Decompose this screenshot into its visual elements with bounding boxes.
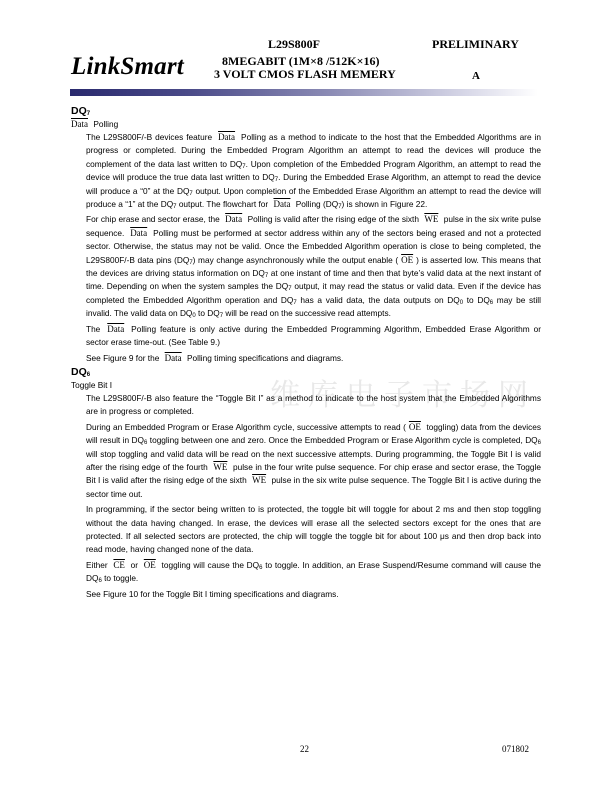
paragraph-dq7-active: The Data Polling feature is only active … bbox=[86, 323, 541, 350]
paragraph-dq6-protected: In programming, if the sector being writ… bbox=[86, 503, 541, 557]
company-logo: LinkSmart bbox=[71, 53, 184, 81]
device-description-line2: 3 VOLT CMOS FLASH MEMERY bbox=[214, 67, 396, 82]
revision-label: A bbox=[472, 70, 480, 82]
part-number: L29S800F bbox=[268, 37, 320, 52]
paragraph-dq6-intro: The L29S800F/-B also feature the “Toggle… bbox=[86, 392, 541, 419]
paragraph-dq6-ce-oe: Either CE or OE toggling will cause the … bbox=[86, 559, 541, 586]
paragraph-dq6-cycle: During an Embedded Program or Erase Algo… bbox=[86, 421, 541, 501]
document-date-code: 071802 bbox=[502, 744, 529, 754]
page-header: LinkSmart L29S800F PRELIMINARY 8MEGABIT … bbox=[0, 0, 612, 100]
section-subtitle-toggle-bit: Toggle Bit I bbox=[71, 379, 541, 392]
section-subtitle-data-polling: Data Polling bbox=[71, 118, 541, 131]
paragraph-dq6-figure-ref: See Figure 10 for the Toggle Bit I timin… bbox=[86, 588, 541, 601]
header-gradient-bar bbox=[70, 89, 538, 96]
paragraph-dq7-erase: For chip erase and sector erase, the Dat… bbox=[86, 213, 541, 320]
paragraph-dq7-figure-ref: See Figure 9 for the Data Polling timing… bbox=[86, 352, 541, 365]
section-heading-dq6: DQ6 bbox=[71, 365, 541, 379]
paragraph-dq7-intro: The L29S800F/-B devices feature Data Pol… bbox=[86, 131, 541, 211]
page-number: 22 bbox=[300, 744, 309, 754]
page-body: DQ7 Data Polling The L29S800F/-B devices… bbox=[71, 104, 541, 601]
section-heading-dq7: DQ7 bbox=[71, 104, 541, 118]
document-status: PRELIMINARY bbox=[432, 37, 519, 52]
